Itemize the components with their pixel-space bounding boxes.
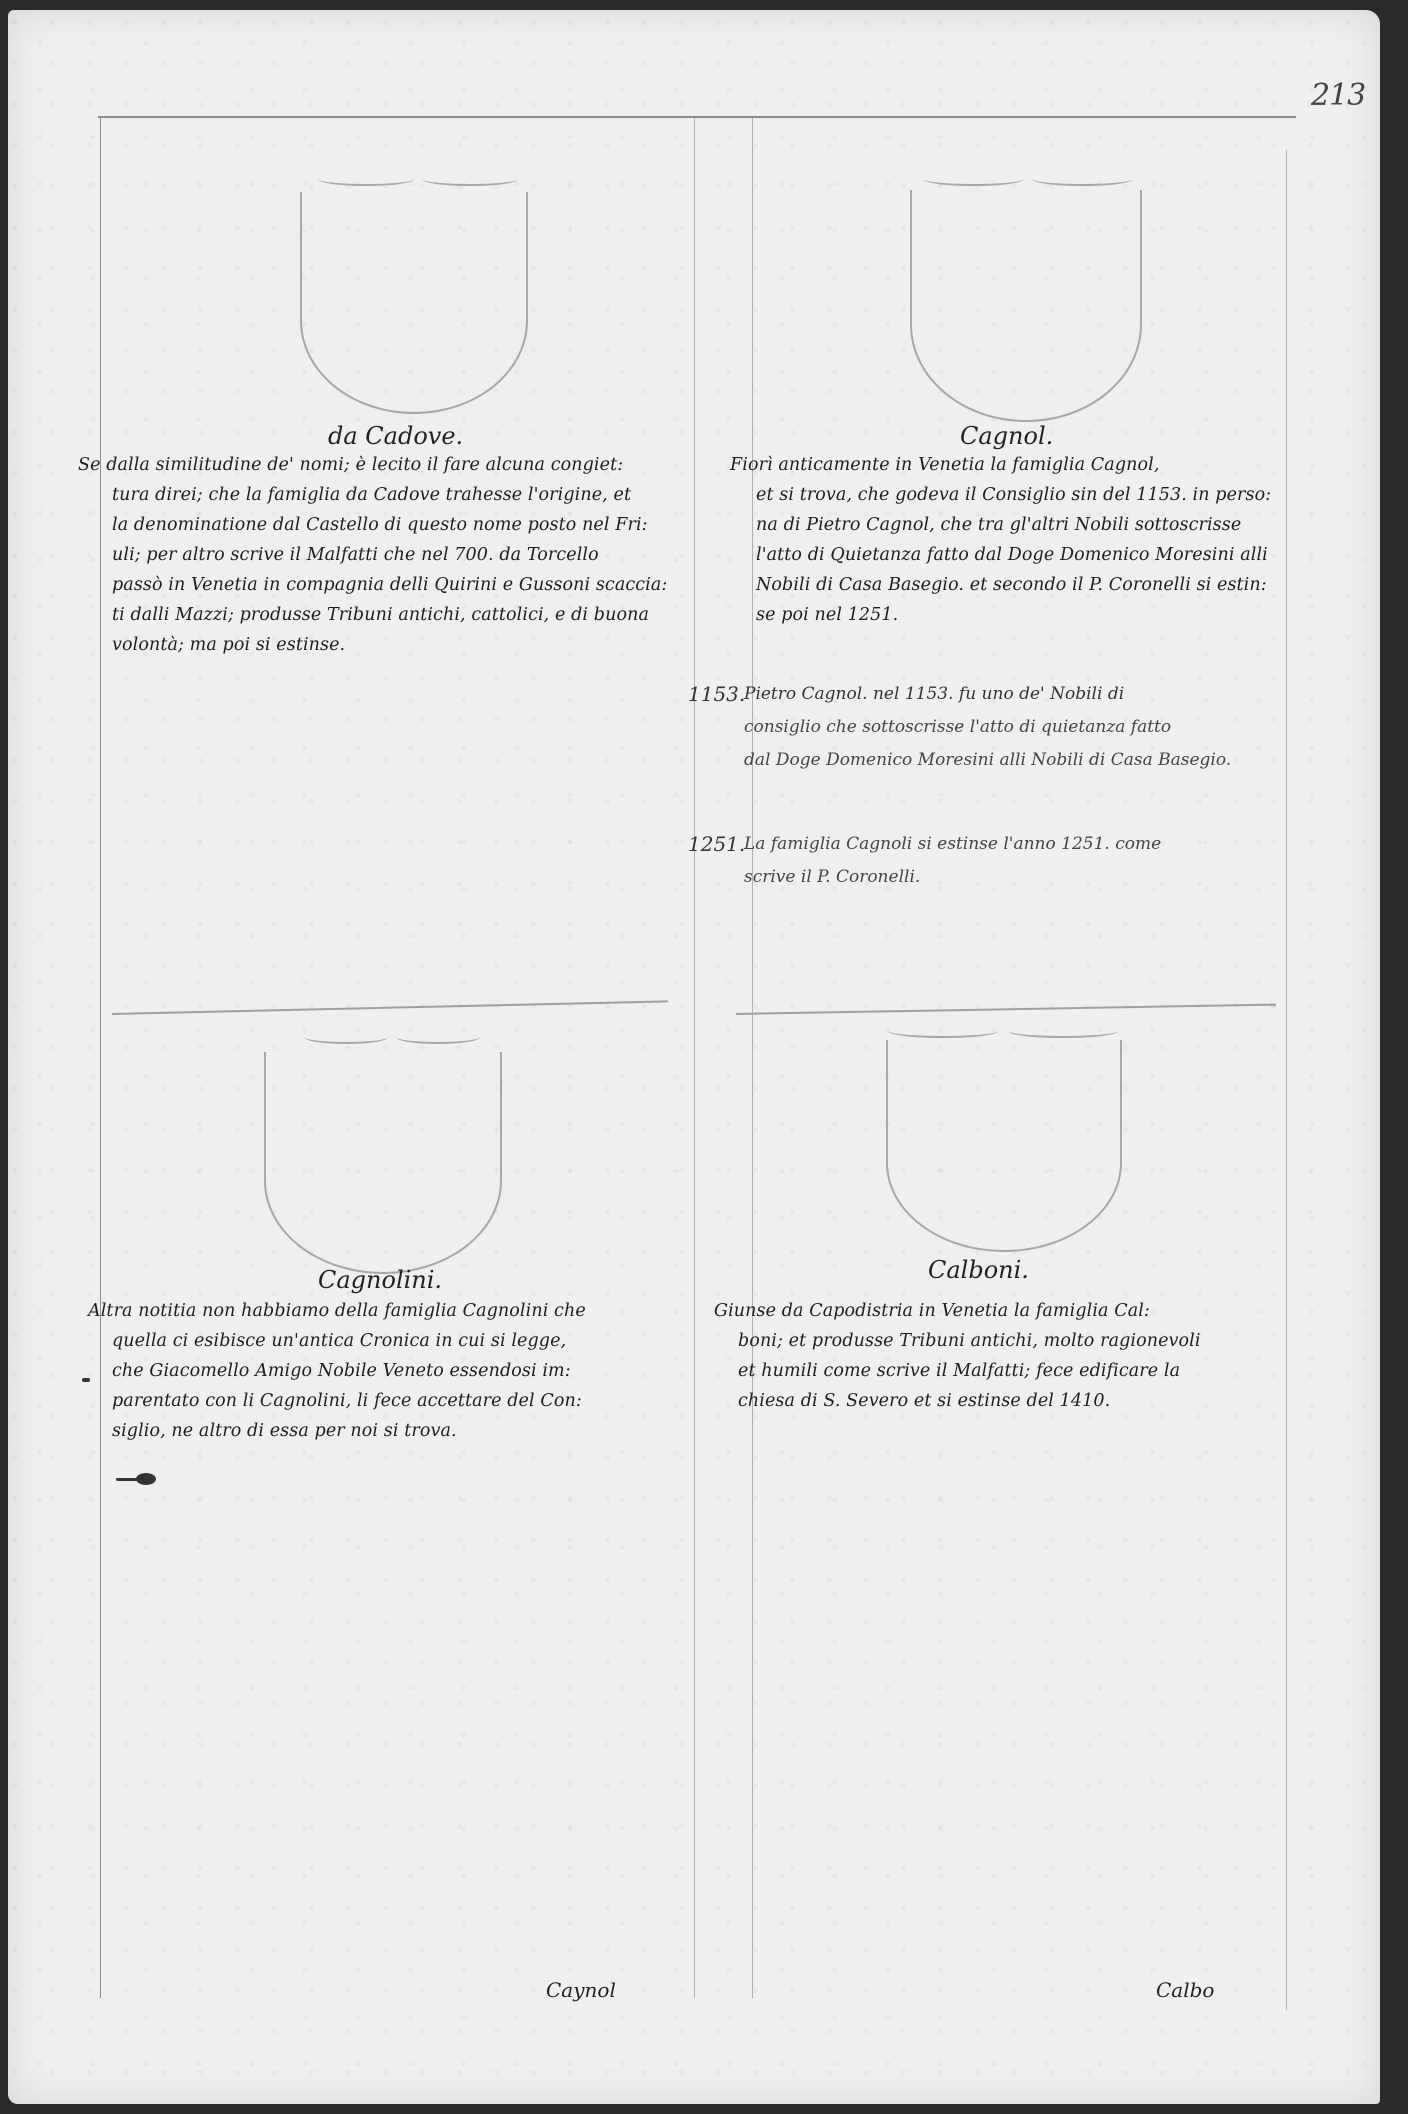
text-line: Se dalla similitudine de' nomi; è lecito… (78, 450, 698, 480)
catchword-right: Calbo (1156, 1978, 1214, 2002)
left-margin-rule (100, 118, 101, 1998)
text-line: chiesa di S. Severo et si estinse del 14… (714, 1386, 1304, 1416)
text-line: quella ci esibisce un'antica Cronica in … (88, 1326, 688, 1356)
section-text-da-cadove: Se dalla similitudine de' nomi; è lecito… (78, 450, 698, 660)
top-rule (98, 116, 1296, 118)
text-line: che Giacomello Amigo Nobile Veneto essen… (88, 1356, 688, 1386)
text-line: Altra notitia non habbiamo della famigli… (88, 1296, 688, 1326)
shield-outline-top (888, 1024, 1118, 1038)
text-line: l'atto di Quietanza fatto dal Doge Domen… (730, 540, 1310, 570)
text-line: et humili come scrive il Malfatti; fece … (714, 1356, 1304, 1386)
middle-rule-right (736, 1004, 1276, 1015)
manuscript-page: 213 da Cadove. Se dalla similitudine de'… (8, 10, 1380, 2104)
section-title-da-cadove: da Cadove. (328, 422, 463, 450)
folio-number: 213 (1311, 78, 1365, 113)
text-line: consiglio che sottoscrisse l'atto di qui… (688, 711, 1308, 744)
shield-outline-cagnol (910, 190, 1142, 422)
text-line: La famiglia Cagnoli si estinse l'anno 12… (688, 828, 1308, 861)
catchword-left: Caynol (546, 1978, 616, 2002)
section-text-calboni: Giunse da Capodistria in Venetia la fami… (714, 1296, 1304, 1416)
text-line: Giunse da Capodistria in Venetia la fami… (714, 1296, 1304, 1326)
center-rule-right (752, 118, 753, 1998)
text-line: la denominatione dal Castello di questo … (78, 510, 698, 540)
chronology-entry-1153: 1153. Pietro Cagnol. nel 1153. fu uno de… (688, 678, 1308, 777)
text-line: ti dalli Mazzi; produsse Tribuni antichi… (78, 600, 698, 630)
shield-outline-da-cadove (300, 192, 528, 414)
ink-blot (116, 1473, 156, 1485)
shield-outline-top (318, 172, 518, 186)
chronology-entry-1251: 1251. La famiglia Cagnoli si estinse l'a… (688, 828, 1308, 894)
shield-outline-top (923, 172, 1133, 186)
text-line: et si trova, che godeva il Consiglio sin… (730, 480, 1310, 510)
text-line: tura direi; che la famiglia da Cadove tr… (78, 480, 698, 510)
text-line: na di Pietro Cagnol, che tra gl'altri No… (730, 510, 1310, 540)
text-line: Fiorì anticamente in Venetia la famiglia… (730, 450, 1310, 480)
text-line: Pietro Cagnol. nel 1153. fu uno de' Nobi… (688, 678, 1308, 711)
section-text-cagnol: Fiorì anticamente in Venetia la famiglia… (730, 450, 1310, 630)
text-line: scrive il P. Coronelli. (688, 861, 1308, 894)
middle-rule-left (112, 1000, 668, 1015)
text-line: siglio, ne altro di essa per noi si trov… (88, 1416, 688, 1446)
section-title-cagnolini: Cagnolini. (318, 1266, 442, 1294)
shield-outline-calboni (886, 1040, 1122, 1252)
section-title-cagnol: Cagnol. (960, 422, 1053, 450)
right-margin-rule (1286, 150, 1287, 2010)
text-line: dal Doge Domenico Moresini alli Nobili d… (688, 744, 1308, 777)
entry-year: 1251. (688, 828, 745, 861)
text-line: boni; et produsse Tribuni antichi, molto… (714, 1326, 1304, 1356)
entry-year: 1153. (688, 678, 745, 711)
section-title-calboni: Calboni. (928, 1256, 1029, 1284)
shield-outline-top (304, 1030, 480, 1044)
text-line: uli; per altro scrive il Malfatti che ne… (78, 540, 698, 570)
center-rule-left (694, 118, 695, 1998)
section-text-cagnolini: Altra notitia non habbiamo della famigli… (88, 1296, 688, 1446)
text-line: parentato con li Cagnolini, li fece acce… (88, 1386, 688, 1416)
text-line: se poi nel 1251. (730, 600, 1310, 630)
shield-outline-cagnolini (264, 1052, 502, 1274)
text-line: Nobili di Casa Basegio. et secondo il P.… (730, 570, 1310, 600)
text-line: passò in Venetia in compagnia delli Quir… (78, 570, 698, 600)
text-line: volontà; ma poi si estinse. (78, 630, 698, 660)
